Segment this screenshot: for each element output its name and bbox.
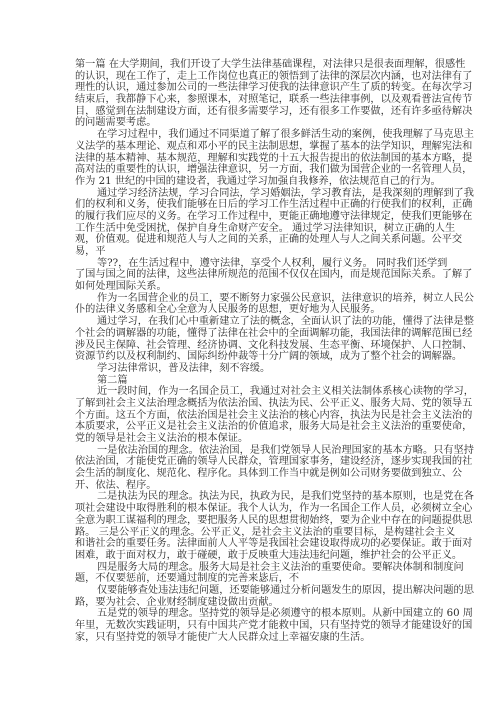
text-line: 高对法的重要性的认识，增强法律意识，另一方面，我们做为国营企业的一名管理人员，	[75, 164, 425, 176]
text-line: 通过学习，在我们心中重新建立了法的概念，全面认识了法的功能，懂得了法律是整	[75, 316, 425, 328]
text-line: 一是依法治国的理念。依法治国，是我们党领导人民治理国家的基本方略。只有坚持	[75, 445, 425, 457]
text-line: 理性的认识，通过参加公司的一些法律学习使我的法律意识产生了质的转变。在每次学习	[75, 82, 425, 94]
text-line: 结束后，我都静下心来，参照课本，对照笔记，联系一些法律事例，以及观看普法宣传节	[75, 94, 425, 106]
text-line: 仆的法律义务感和全心全意为人民服务的思想，更好地为人民服务。	[75, 304, 425, 316]
text-line: 年里，无数次实践证明，只有中国共产党才能救中国，只有坚持党的领导才能建设好的国	[75, 620, 425, 632]
text-line: 们的权利和义务，使我们能够在日后的学习工作生活过程中正确的行使我们的权利，正确	[75, 199, 425, 211]
text-line: 四是服务大局的理念。服务大局是社会主义法治的重要使命。要解决体制和制度问	[75, 562, 425, 574]
text-line: 观，价值观。促进和规范人与人之间的关系，正确的处理人与人之间关系问题。公平交	[75, 234, 425, 246]
text-line: 家，只有坚持党的领导才能使广大人民群众过上幸福安康的生活。	[75, 632, 425, 644]
text-line: 路，要为社会、企业财经制度建设做出贡献。	[75, 597, 425, 609]
text-line: 涉及民主保障、社会管理、经济协调、文化科技发展、生态平衡、环境保护、人口控制、	[75, 340, 425, 352]
text-line: 易，平	[75, 246, 425, 258]
text-line: 依法治国，才能使党正确的领导人民群众，管理国家事务，建设经济，逐步实现我国的社	[75, 456, 425, 468]
text-line: 了国与国之间的法律，这些法律所规范的范围不仅仅在国内，而是规范国际关系。了解了	[75, 269, 425, 281]
text-line: 个方面。这五个方面，依法治国是社会主义法治的核心内容，执法为民是社会主义法治的	[75, 410, 425, 422]
text-line: 资源节约以及权利制约、国际纠纷仲裁等十分广阔的领域，成为了整个社会的调解器。	[75, 351, 425, 363]
text-line: 作为 21 世纪的中国的建设者，我通过学习加强自我修养，依法规范自己的行为。	[75, 176, 425, 188]
text-line: 的问题需要考虑。	[75, 117, 425, 129]
text-line: 路。 三是公平正义的理念。公平正义，是社会主义法治的重要目标，是构建社会主义	[75, 527, 425, 539]
text-line: 仅要能够查处违法违纪问题，还要能够通过分析问题发生的原因，提出解决问题的思	[75, 585, 425, 597]
text-line: 项社会建设中取得胜利的根本保证。我个人认为，作为一名国企工作人员，必须树立全心	[75, 503, 425, 515]
text-line: 作为一名国营企业的员工，要不断努力家强公民意识，法律意识的培养，树立人民公	[75, 293, 425, 305]
text-line: 目，感觉到在法制建设方面，还有很多需要学习，还有很多工作要做，还有许多亟待解决	[75, 106, 425, 118]
text-line: 了解到社会主义法治理念概括为依法治国、执法为民、公平正义、服务大局、党的领导五	[75, 398, 425, 410]
document-page: 第一篇 在大学期间，我们开设了大学生法律基础课程，对法律只是很表面理解，很感性的…	[75, 59, 425, 643]
text-line: 困难，敢于面对权力，敢于碰硬，敢于反映重大违法违纪问题，维护社会的公平正义。	[75, 550, 425, 562]
text-line: 题，不仅要惩前，还要通过制度的完善来毖后，不	[75, 573, 425, 585]
text-line: 开、依法、程序。	[75, 480, 425, 492]
text-line: 二是执法为民的理念。执法为民，执政为民，是我们党坚持的基本原则，也是党在各	[75, 491, 425, 503]
text-line: 五是党的领导的理念。坚持党的领导是必须遵守的根本原则。从新中国建立的 60 周	[75, 608, 425, 620]
text-line: 学习法律常识，普及法律，刻不容缓。	[75, 363, 425, 375]
text-line: 的认识，现在工作了，走上工作岗位也真正的领悟到了法律的深层次内涵，也对法律有了	[75, 71, 425, 83]
text-line: 会生活的制度化、规范化、程序化。具体到工作当中就是例如公司财务要做到独立、公	[75, 468, 425, 480]
text-line: 党的领导是社会主义法治的根本保证。	[75, 433, 425, 445]
text-line: 和谐社会的重要任务。法律面前人人平等是我国社会建设取得成功的必要保证。敢于面对	[75, 538, 425, 550]
text-line: 本质要求，公平正义是社会主义法治的价值追求，服务大局是社会主义法治的重要使命，	[75, 421, 425, 433]
text-line: 第二篇	[75, 375, 425, 387]
text-line: 的履行我们应尽的义务。在学习工作过程中，更能正确地遵守法律规定，使我们更能够在	[75, 211, 425, 223]
text-line: 个社会的调解器的功能，懂得了法律在社会中的全面调解功能，我国法律的调解范围已经	[75, 328, 425, 340]
text-line: 第一篇 在大学期间，我们开设了大学生法律基础课程，对法律只是很表面理解，很感性	[75, 59, 425, 71]
text-line: 通过学习经济法规，学习合同法，学习婚姻法，学习教育法，是我深刻的理解到了我	[75, 188, 425, 200]
text-line: 如何处理国际关系。	[75, 281, 425, 293]
text-line: 等??，在生活过程中，遵守法律，享受个人权利，履行义务。 同时我们还学到	[75, 258, 425, 270]
text-line: 近一段时间，作为一名国企员工，我通过对社会主义相关法制体系核心读物的学习，	[75, 386, 425, 398]
text-line: 工作生活中免受困扰，保护自身生命财产安全。 通过学习法律知识，树立正确的人生	[75, 223, 425, 235]
text-line: 法律的基本精神、基本规范，理解和实践党的十五大报告提出的依法制国的基本方略，提	[75, 153, 425, 165]
text-line: 全意为职工谋福利的理念，要把服务人民的思想贯彻始终，要为企业中存在的问题提供思	[75, 515, 425, 527]
text-line: 在学习过程中，我们通过不同渠道了解了很多鲜活生动的案例，使我理解了马克思主	[75, 129, 425, 141]
text-line: 义法学的基本理论、观点和邓小平的民主法制思想，掌握了基本的法学知识，理解宪法和	[75, 141, 425, 153]
